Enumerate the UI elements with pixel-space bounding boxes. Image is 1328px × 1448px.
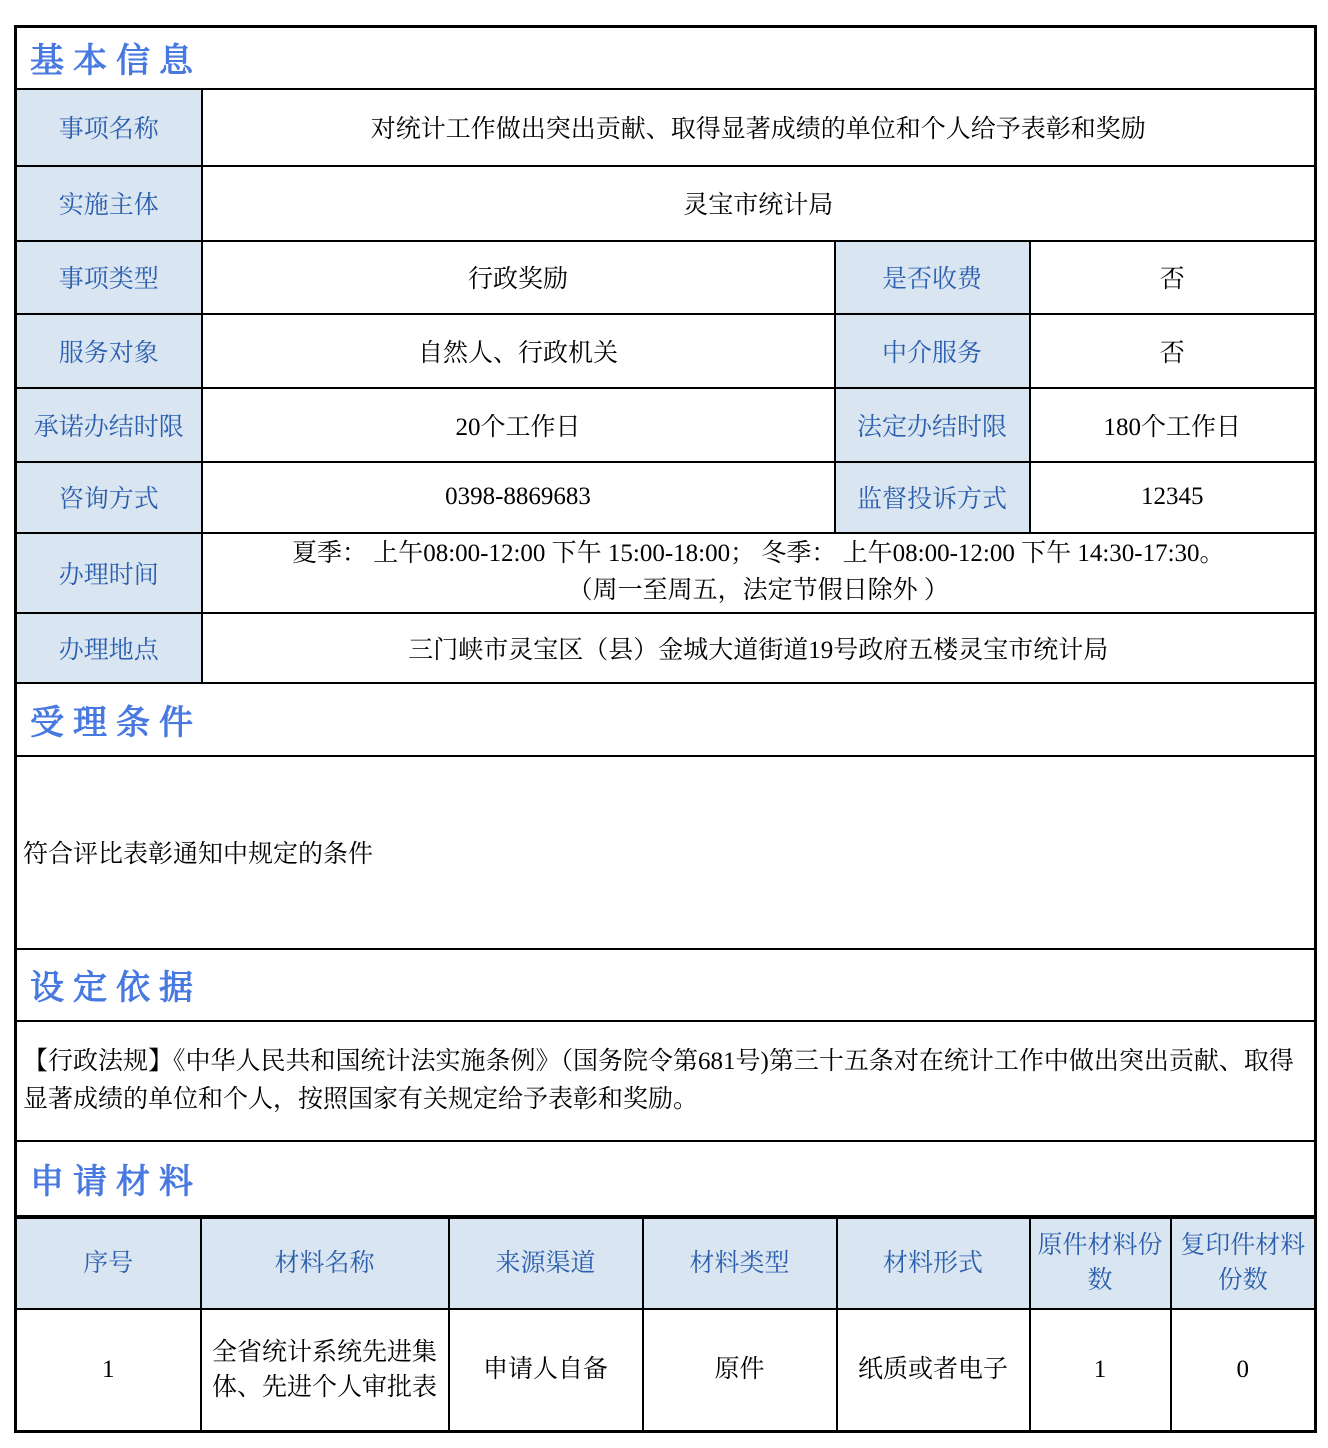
item-name-label: 事项名称 [16, 89, 202, 166]
acceptance-title: 受理条件 [16, 683, 1316, 756]
hours-label: 办理时间 [16, 533, 202, 613]
item-type-value: 行政奖励 [202, 241, 835, 314]
materials-header-row: 序号 材料名称 来源渠道 材料类型 材料形式 原件材料份数 复印件材料份数 [16, 1217, 1316, 1309]
materials-header-name: 材料名称 [201, 1217, 449, 1309]
charge-label: 是否收费 [835, 241, 1030, 314]
material-type: 原件 [643, 1309, 837, 1431]
acceptance-content: 符合评比表彰通知中规定的条件 [16, 756, 1316, 949]
consult-label: 咨询方式 [16, 462, 202, 533]
hours-line1: 夏季： 上午08:00-12:00 下午 15:00-18:00； 冬季： 上午… [207, 536, 1311, 572]
row-service-target: 服务对象 自然人、行政机关 中介服务 否 [16, 314, 1316, 388]
legal-limit-value: 180个工作日 [1030, 388, 1316, 462]
item-type-label: 事项类型 [16, 241, 202, 314]
row-time-limits: 承诺办结时限 20个工作日 法定办结时限 180个工作日 [16, 388, 1316, 462]
row-implementer: 实施主体 灵宝市统计局 [16, 166, 1316, 241]
section-header-basic: 基本信息 [16, 27, 1316, 89]
promised-limit-value: 20个工作日 [202, 388, 835, 462]
implementer-label: 实施主体 [16, 166, 202, 241]
row-location: 办理地点 三门峡市灵宝区（县）金城大道街道19号政府五楼灵宝市统计局 [16, 613, 1316, 683]
row-office-hours: 办理时间 夏季： 上午08:00-12:00 下午 15:00-18:00； 冬… [16, 533, 1316, 613]
hours-line2: （周一至周五，法定节假日除外 ） [207, 573, 1311, 609]
service-info-page: 基本信息 事项名称 对统计工作做出突出贡献、取得显著成绩的单位和个人给予表彰和奖… [14, 25, 1314, 1433]
material-name: 全省统计系统先进集体、先进个人审批表 [201, 1309, 449, 1431]
intermediary-label: 中介服务 [835, 314, 1030, 388]
consult-value: 0398-8869683 [202, 462, 835, 533]
material-source: 申请人自备 [449, 1309, 643, 1431]
supervise-label: 监督投诉方式 [835, 462, 1030, 533]
row-basis-content: 【行政法规】《中华人民共和国统计法实施条例》（国务院令第681号)第三十五条对在… [16, 1021, 1316, 1141]
row-item-type: 事项类型 行政奖励 是否收费 否 [16, 241, 1316, 314]
section-header-acceptance: 受理条件 [16, 683, 1316, 756]
charge-value: 否 [1030, 241, 1316, 314]
service-target-label: 服务对象 [16, 314, 202, 388]
section-header-materials: 申请材料 [16, 1141, 1316, 1217]
section-header-basis: 设定依据 [16, 949, 1316, 1021]
basis-content: 【行政法规】《中华人民共和国统计法实施条例》（国务院令第681号)第三十五条对在… [16, 1021, 1316, 1141]
location-value: 三门峡市灵宝区（县）金城大道街道19号政府五楼灵宝市统计局 [202, 613, 1316, 683]
basic-info-title: 基本信息 [16, 27, 1316, 89]
supervise-value: 12345 [1030, 462, 1316, 533]
hours-value: 夏季： 上午08:00-12:00 下午 15:00-18:00； 冬季： 上午… [202, 533, 1316, 613]
materials-header-source: 来源渠道 [449, 1217, 643, 1309]
row-acceptance-content: 符合评比表彰通知中规定的条件 [16, 756, 1316, 949]
materials-title: 申请材料 [16, 1141, 1316, 1217]
materials-header-original-copies: 原件材料份数 [1030, 1217, 1171, 1309]
materials-header-form: 材料形式 [837, 1217, 1030, 1309]
material-photocopy-copies: 0 [1171, 1309, 1316, 1431]
legal-limit-label: 法定办结时限 [835, 388, 1030, 462]
service-target-value: 自然人、行政机关 [202, 314, 835, 388]
row-contact: 咨询方式 0398-8869683 监督投诉方式 12345 [16, 462, 1316, 533]
location-label: 办理地点 [16, 613, 202, 683]
material-form: 纸质或者电子 [837, 1309, 1030, 1431]
materials-header-type: 材料类型 [643, 1217, 837, 1309]
row-item-name: 事项名称 对统计工作做出突出贡献、取得显著成绩的单位和个人给予表彰和奖励 [16, 89, 1316, 166]
materials-table: 序号 材料名称 来源渠道 材料类型 材料形式 原件材料份数 复印件材料份数 1 … [14, 1216, 1317, 1433]
item-name-value: 对统计工作做出突出贡献、取得显著成绩的单位和个人给予表彰和奖励 [202, 89, 1316, 166]
promised-limit-label: 承诺办结时限 [16, 388, 202, 462]
materials-header-seq: 序号 [16, 1217, 201, 1309]
basis-title: 设定依据 [16, 949, 1316, 1021]
basic-info-table: 基本信息 事项名称 对统计工作做出突出贡献、取得显著成绩的单位和个人给予表彰和奖… [14, 25, 1317, 1218]
materials-header-photocopy-copies: 复印件材料份数 [1171, 1217, 1316, 1309]
intermediary-value: 否 [1030, 314, 1316, 388]
materials-data-row: 1 全省统计系统先进集体、先进个人审批表 申请人自备 原件 纸质或者电子 1 0 [16, 1309, 1316, 1431]
implementer-value: 灵宝市统计局 [202, 166, 1316, 241]
material-seq: 1 [16, 1309, 201, 1431]
material-original-copies: 1 [1030, 1309, 1171, 1431]
